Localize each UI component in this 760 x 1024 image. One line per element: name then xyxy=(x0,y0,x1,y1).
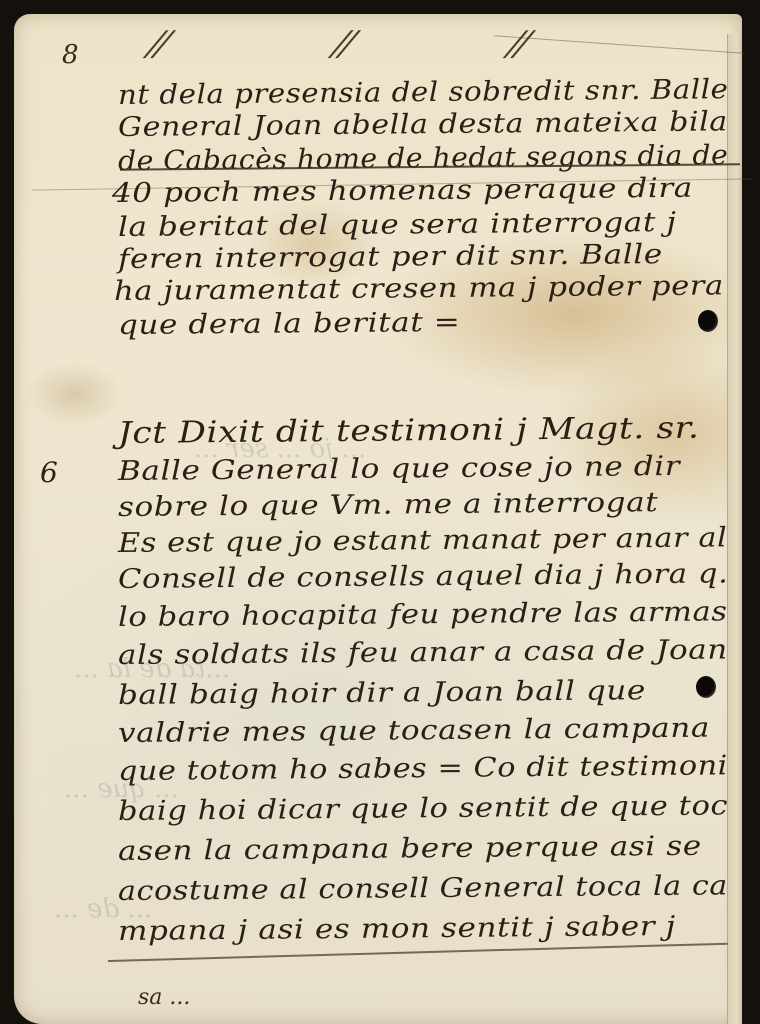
text-line: baig hoi dicar que lo sentit de que toc xyxy=(118,790,729,827)
punch-hole xyxy=(698,310,718,332)
text-line: de Cabacès home de hedat segons dia de xyxy=(118,140,729,177)
text-line: ha juramentat cresen ma j poder pera xyxy=(114,270,724,307)
text-line: que dera la beritat = xyxy=(118,307,461,341)
text-line: sobre lo que Vm. me a interrogat xyxy=(118,487,659,523)
text-line: lo baro hocapita feu pendre las armas xyxy=(118,596,728,633)
text-line: la beritat del que sera interrogat j xyxy=(118,207,677,243)
page-edge xyxy=(727,34,742,1024)
punch-hole xyxy=(696,676,716,698)
text-line: ball baig hoir dir a Joan ball que xyxy=(118,675,646,711)
text-line: Es est que jo estant manat per anar al xyxy=(118,522,728,559)
text-line: acostume al consell General toca la ca xyxy=(118,870,728,907)
text-line: asen la campana bere perque asi se xyxy=(118,831,702,867)
text-line: als soldats ils feu anar a casa de Joan xyxy=(118,634,728,671)
text-line: nt dela presensia del sobredit snr. Ball… xyxy=(118,74,729,111)
manuscript-scan: ...ta de la ... ... que ... ... de ... .… xyxy=(0,0,760,1024)
text-line: Consell de consells aquel dia j hora q. xyxy=(118,558,729,595)
trailing-fragment: sa ... xyxy=(138,985,190,1010)
text-line: Jct Dixit dit testimoni j Magt. sr. xyxy=(118,411,700,451)
paper-crack xyxy=(494,35,743,53)
text-line: General Joan abella desta mateixa bila xyxy=(118,106,728,143)
text-line: valdrie mes que tocasen la campana xyxy=(118,713,710,749)
text-line: feren interrogat per dit snr. Balle xyxy=(118,239,663,275)
folio-number: 8 xyxy=(62,40,79,70)
margin-number: 6 xyxy=(40,456,58,489)
text-line: que totom ho sabes = Co dit testimoni xyxy=(118,750,728,787)
text-line: mpana j asi es mon sentit j saber j xyxy=(118,911,676,947)
text-line: 40 poch mes homenas peraque dira xyxy=(112,173,693,209)
text-line: Balle General lo que cose jo ne dir xyxy=(118,451,681,487)
